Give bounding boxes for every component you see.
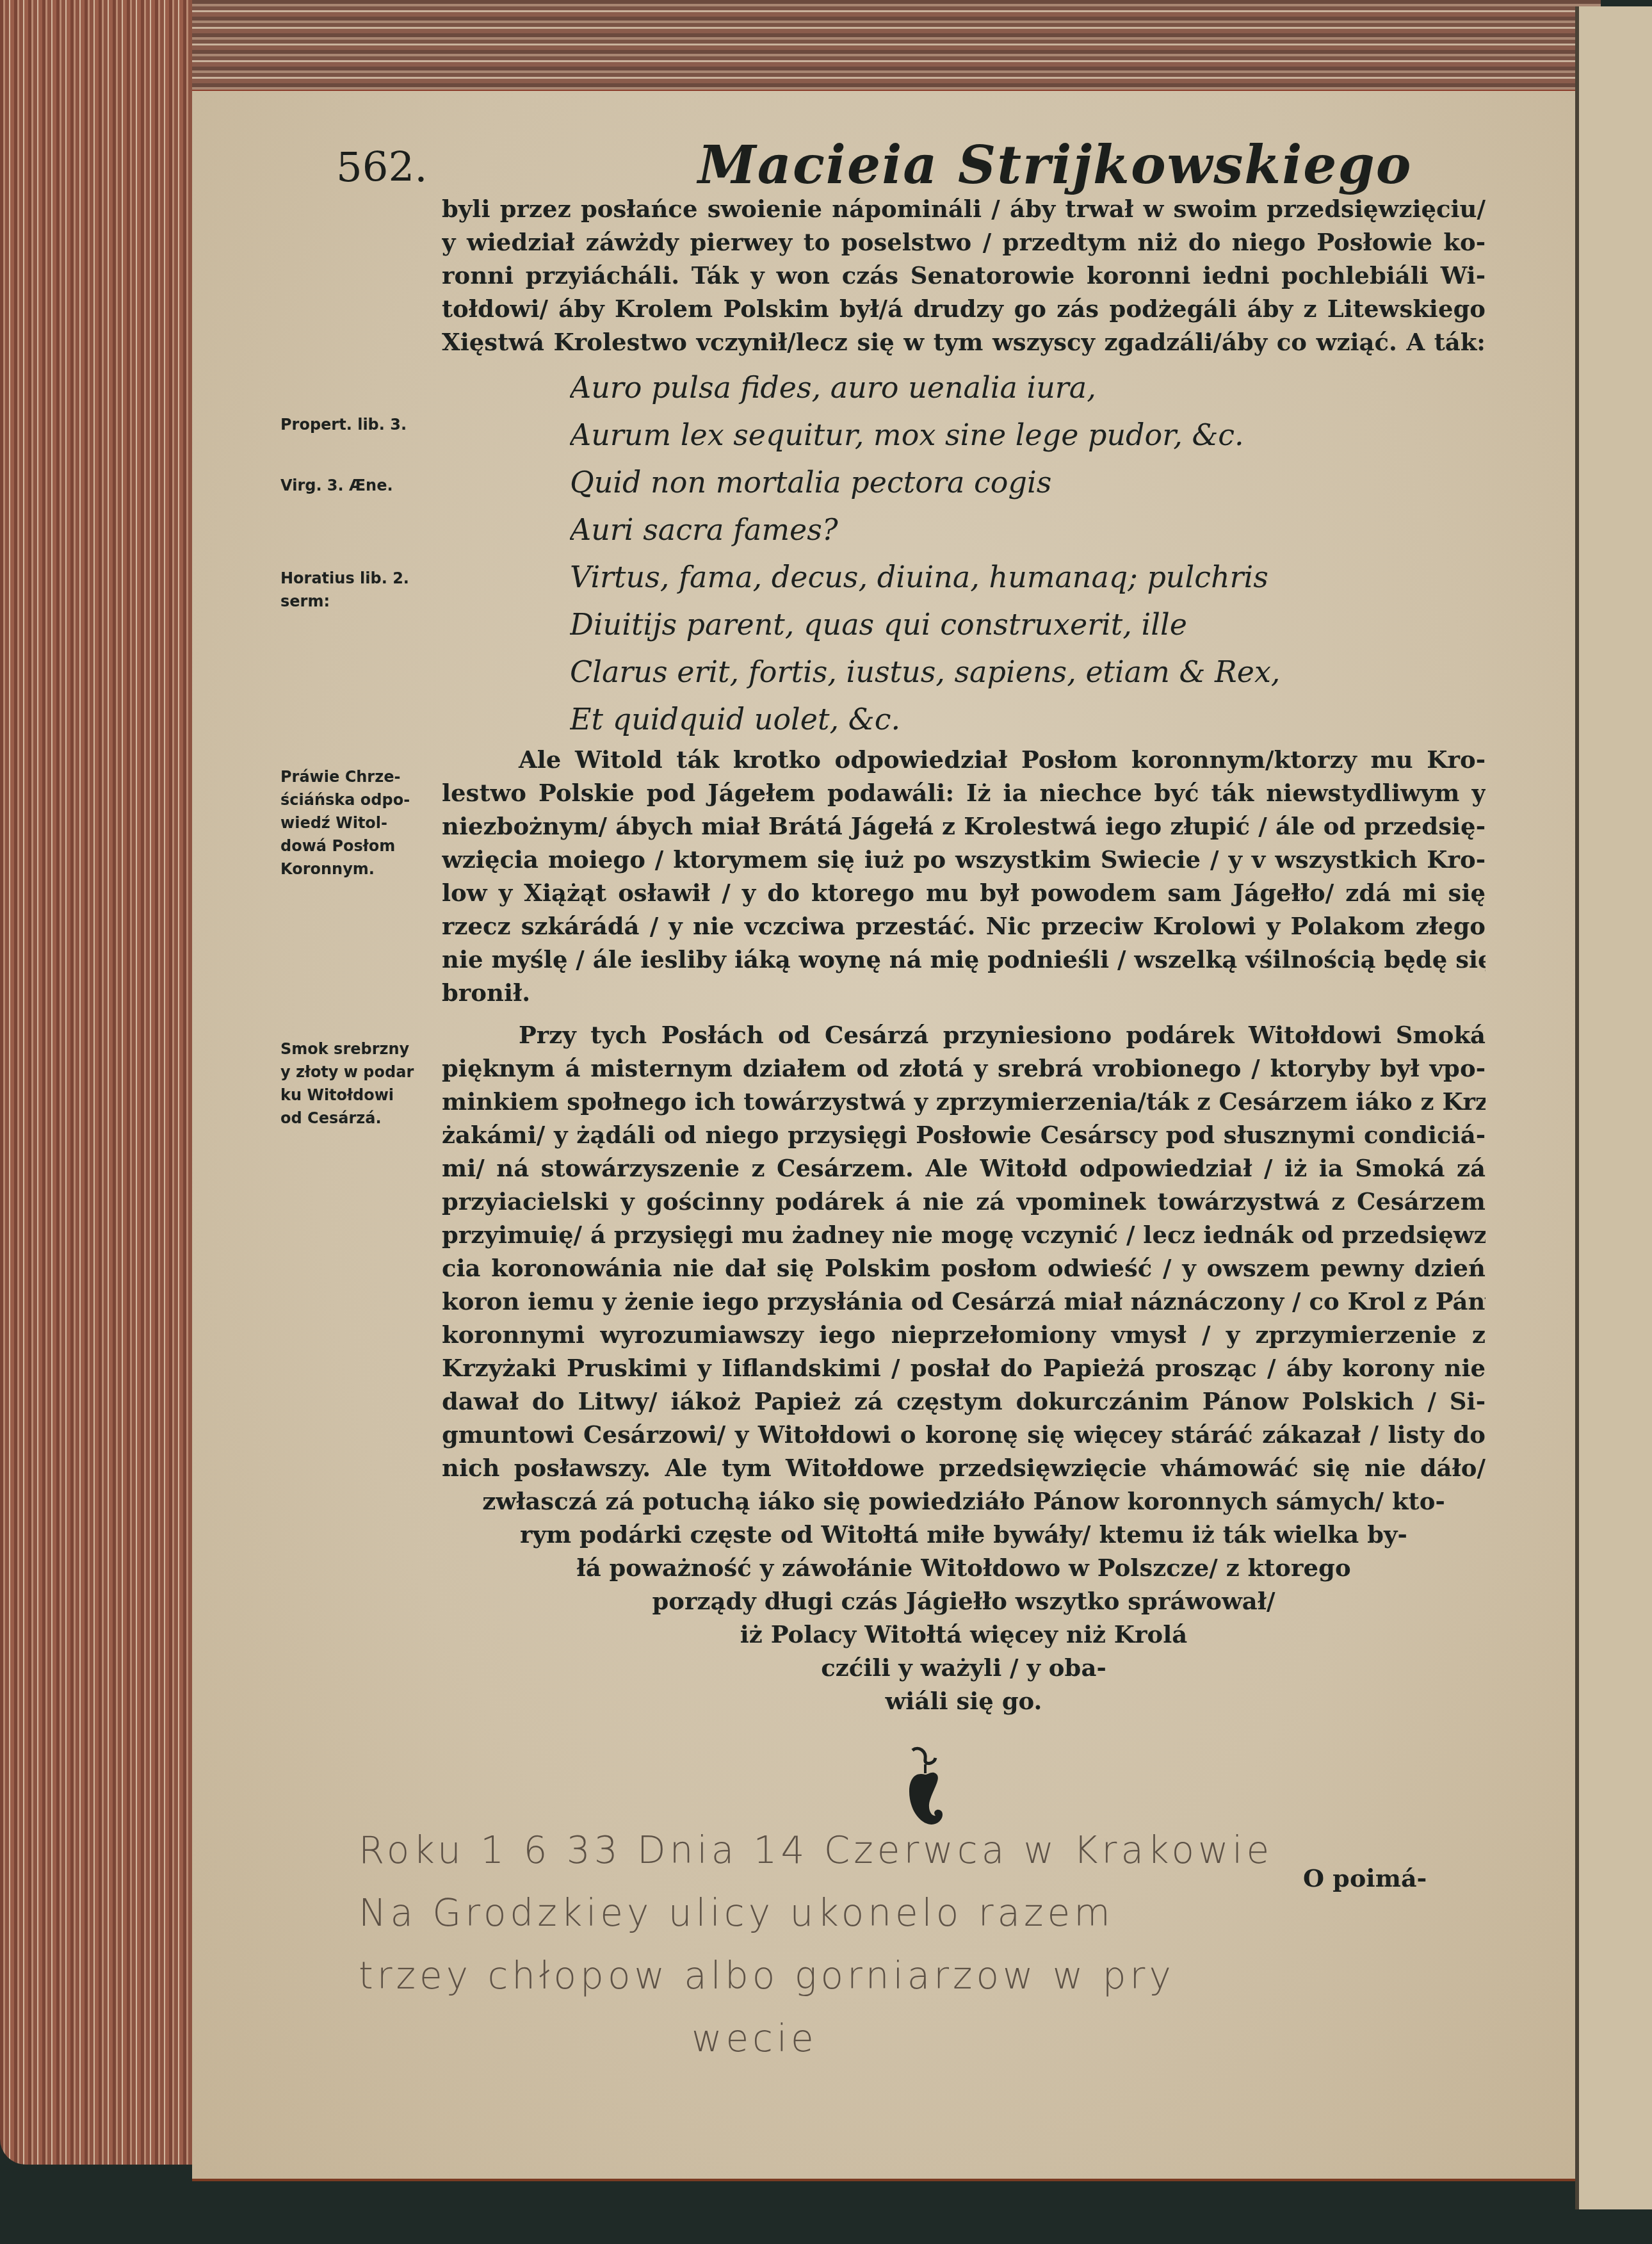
text-line: koron iemu y żenie iego przysłánia od Ce… [442,1285,1486,1318]
text-line: byli przez posłańce swoienie nápomináli … [442,192,1486,225]
page-number: 562. [336,144,428,191]
text-line: Xięstwá Krolestwo vczynił/lecz się w tym… [442,325,1486,359]
text-line: rzecz szkárádá / y nie vczciwa przestáć.… [442,909,1486,943]
verse-line: Aurum lex sequitur, mox sine lege pudor,… [570,411,1466,459]
text-line: czćili y ważyli / y oba- [442,1651,1486,1684]
book-top-edge [0,0,1601,96]
body-paragraph-taper: zwłasczá zá potuchą iáko się powiedziáło… [442,1484,1486,1718]
text-line: wzięcia moiego / ktorymem się iuż po wsz… [442,843,1486,876]
body-paragraph-witold: Ale Witold ták krotko odpowiedział Posło… [442,743,1486,1009]
verse-line: Virtus, fama, decus, diuina, humanaq; pu… [570,553,1466,601]
body-paragraph-gift: Przy tych Posłách od Cesárzá przyniesion… [442,1018,1486,1484]
text-line: tołdowi/ áby Krolem Polskim był/á drudzy… [442,292,1486,325]
text-line: Przy tych Posłách od Cesárzá przyniesion… [442,1018,1486,1052]
text-line: łá poważność y záwołánie Witołdowo w Pol… [442,1551,1486,1584]
text-line: porządy długi czás Jágiełło wszytko sprá… [442,1584,1486,1618]
text-line: nie myślę / ále iesliby iáką woynę ná mi… [442,943,1486,976]
verse-line: Quid non mortalia pectora cogis [570,459,1466,506]
text-line: bronił. [442,976,1486,1009]
text-line: niezbożnym/ ábych miał Brátá Jágełá z Kr… [442,809,1486,843]
text-line: cia koronowánia nie dał się Polskim posł… [442,1251,1486,1285]
book-left-edge [0,0,192,2165]
body-paragraph-top: byli przez posłańce swoienie nápomináli … [442,192,1486,359]
text-line: dawał do Litwy/ iákoż Papież zá częstym … [442,1385,1486,1418]
text-line: zwłasczá zá potuchą iáko się powiedziáło… [442,1484,1486,1518]
running-title: Macieia Strijkowskiego [698,134,1413,196]
text-line: Krzyżaki Pruskimi y Iiflandskimi / posła… [442,1351,1486,1385]
catchword: O poimá- [1303,1864,1427,1892]
handwritten-line: wecie [359,2007,1273,2070]
verse-line: Auro pulsa fides, auro uenalia iura, [570,364,1466,411]
latin-verse-block: Auro pulsa fides, auro uenalia iura, Aur… [570,364,1466,743]
text-line: rym podárki częste od Witołtá miłe bywáł… [442,1518,1486,1551]
handwritten-line: Na Grodzkiey ulicy ukonelo razem [359,1882,1273,1944]
text-line: koronnymi wyrozumiawszy iego nieprzełomi… [442,1318,1486,1351]
text-line: pięknym á misternym działem od złotá y s… [442,1052,1486,1085]
text-line: nich posławszy. Ale tym Witołdowe przeds… [442,1451,1486,1484]
text-line: przyiacielski y gościnny podárek á nie z… [442,1185,1486,1218]
text-line: Ale Witold ták krotko odpowiedział Posło… [442,743,1486,776]
marginal-note-propertius: Propert. lib. 3. [280,413,434,436]
verse-line: Et quidquid uolet, &c. [570,695,1466,743]
text-line: lestwo Polskie pod Jágełem podawáli: Iż … [442,776,1486,809]
text-line: low y Xiążąt osławił / y do ktorego mu b… [442,876,1486,909]
handwritten-line: trzey chłopow albo gorniarzow w pry [359,1944,1273,2007]
marginal-note-dragon-gift: Smok srebrzny y złoty w podar ku Witołdo… [280,1037,434,1130]
text-line: przyimuię/ á przysięgi mu żadney nie mog… [442,1218,1486,1251]
text-line: y wiedział záwżdy pierwey to poselstwo /… [442,225,1486,259]
handwritten-note: Roku 1 6 33 Dnia 14 Czerwca w Krakowie N… [359,1819,1273,2070]
facing-page [1579,6,1652,2209]
verse-line: Clarus erit, fortis, iustus, sapiens, et… [570,648,1466,695]
marginal-note-virgil: Virg. 3. Æne. [280,474,434,497]
text-line: żakámi/ y żądáli od niego przysięgi Posł… [442,1118,1486,1151]
verse-line: Diuitijs parent, quas qui construxerit, … [570,601,1466,648]
handwritten-line: Roku 1 6 33 Dnia 14 Czerwca w Krakowie [359,1819,1273,1882]
marginal-note-horace: Horatius lib. 2. serm: [280,567,434,613]
text-line: gmuntowi Cesárzowi/ y Witołdowi o koronę… [442,1418,1486,1451]
text-line: minkiem społnego ich towárzystwá y zprzy… [442,1085,1486,1118]
verse-line: Auri sacra fames? [570,506,1466,553]
text-line: iż Polacy Witołtá więcey niż Krolá [442,1618,1486,1651]
marginal-note-witold-answer: Práwie Chrze- ściáńska odpo- wiedź Witol… [280,765,434,881]
text-line: wiáli się go. [442,1684,1486,1718]
text-line: ronni przyiácháli. Ták y won czás Senato… [442,259,1486,292]
text-line: mi/ ná stowárzyszenie z Cesárzem. Ale Wi… [442,1151,1486,1185]
